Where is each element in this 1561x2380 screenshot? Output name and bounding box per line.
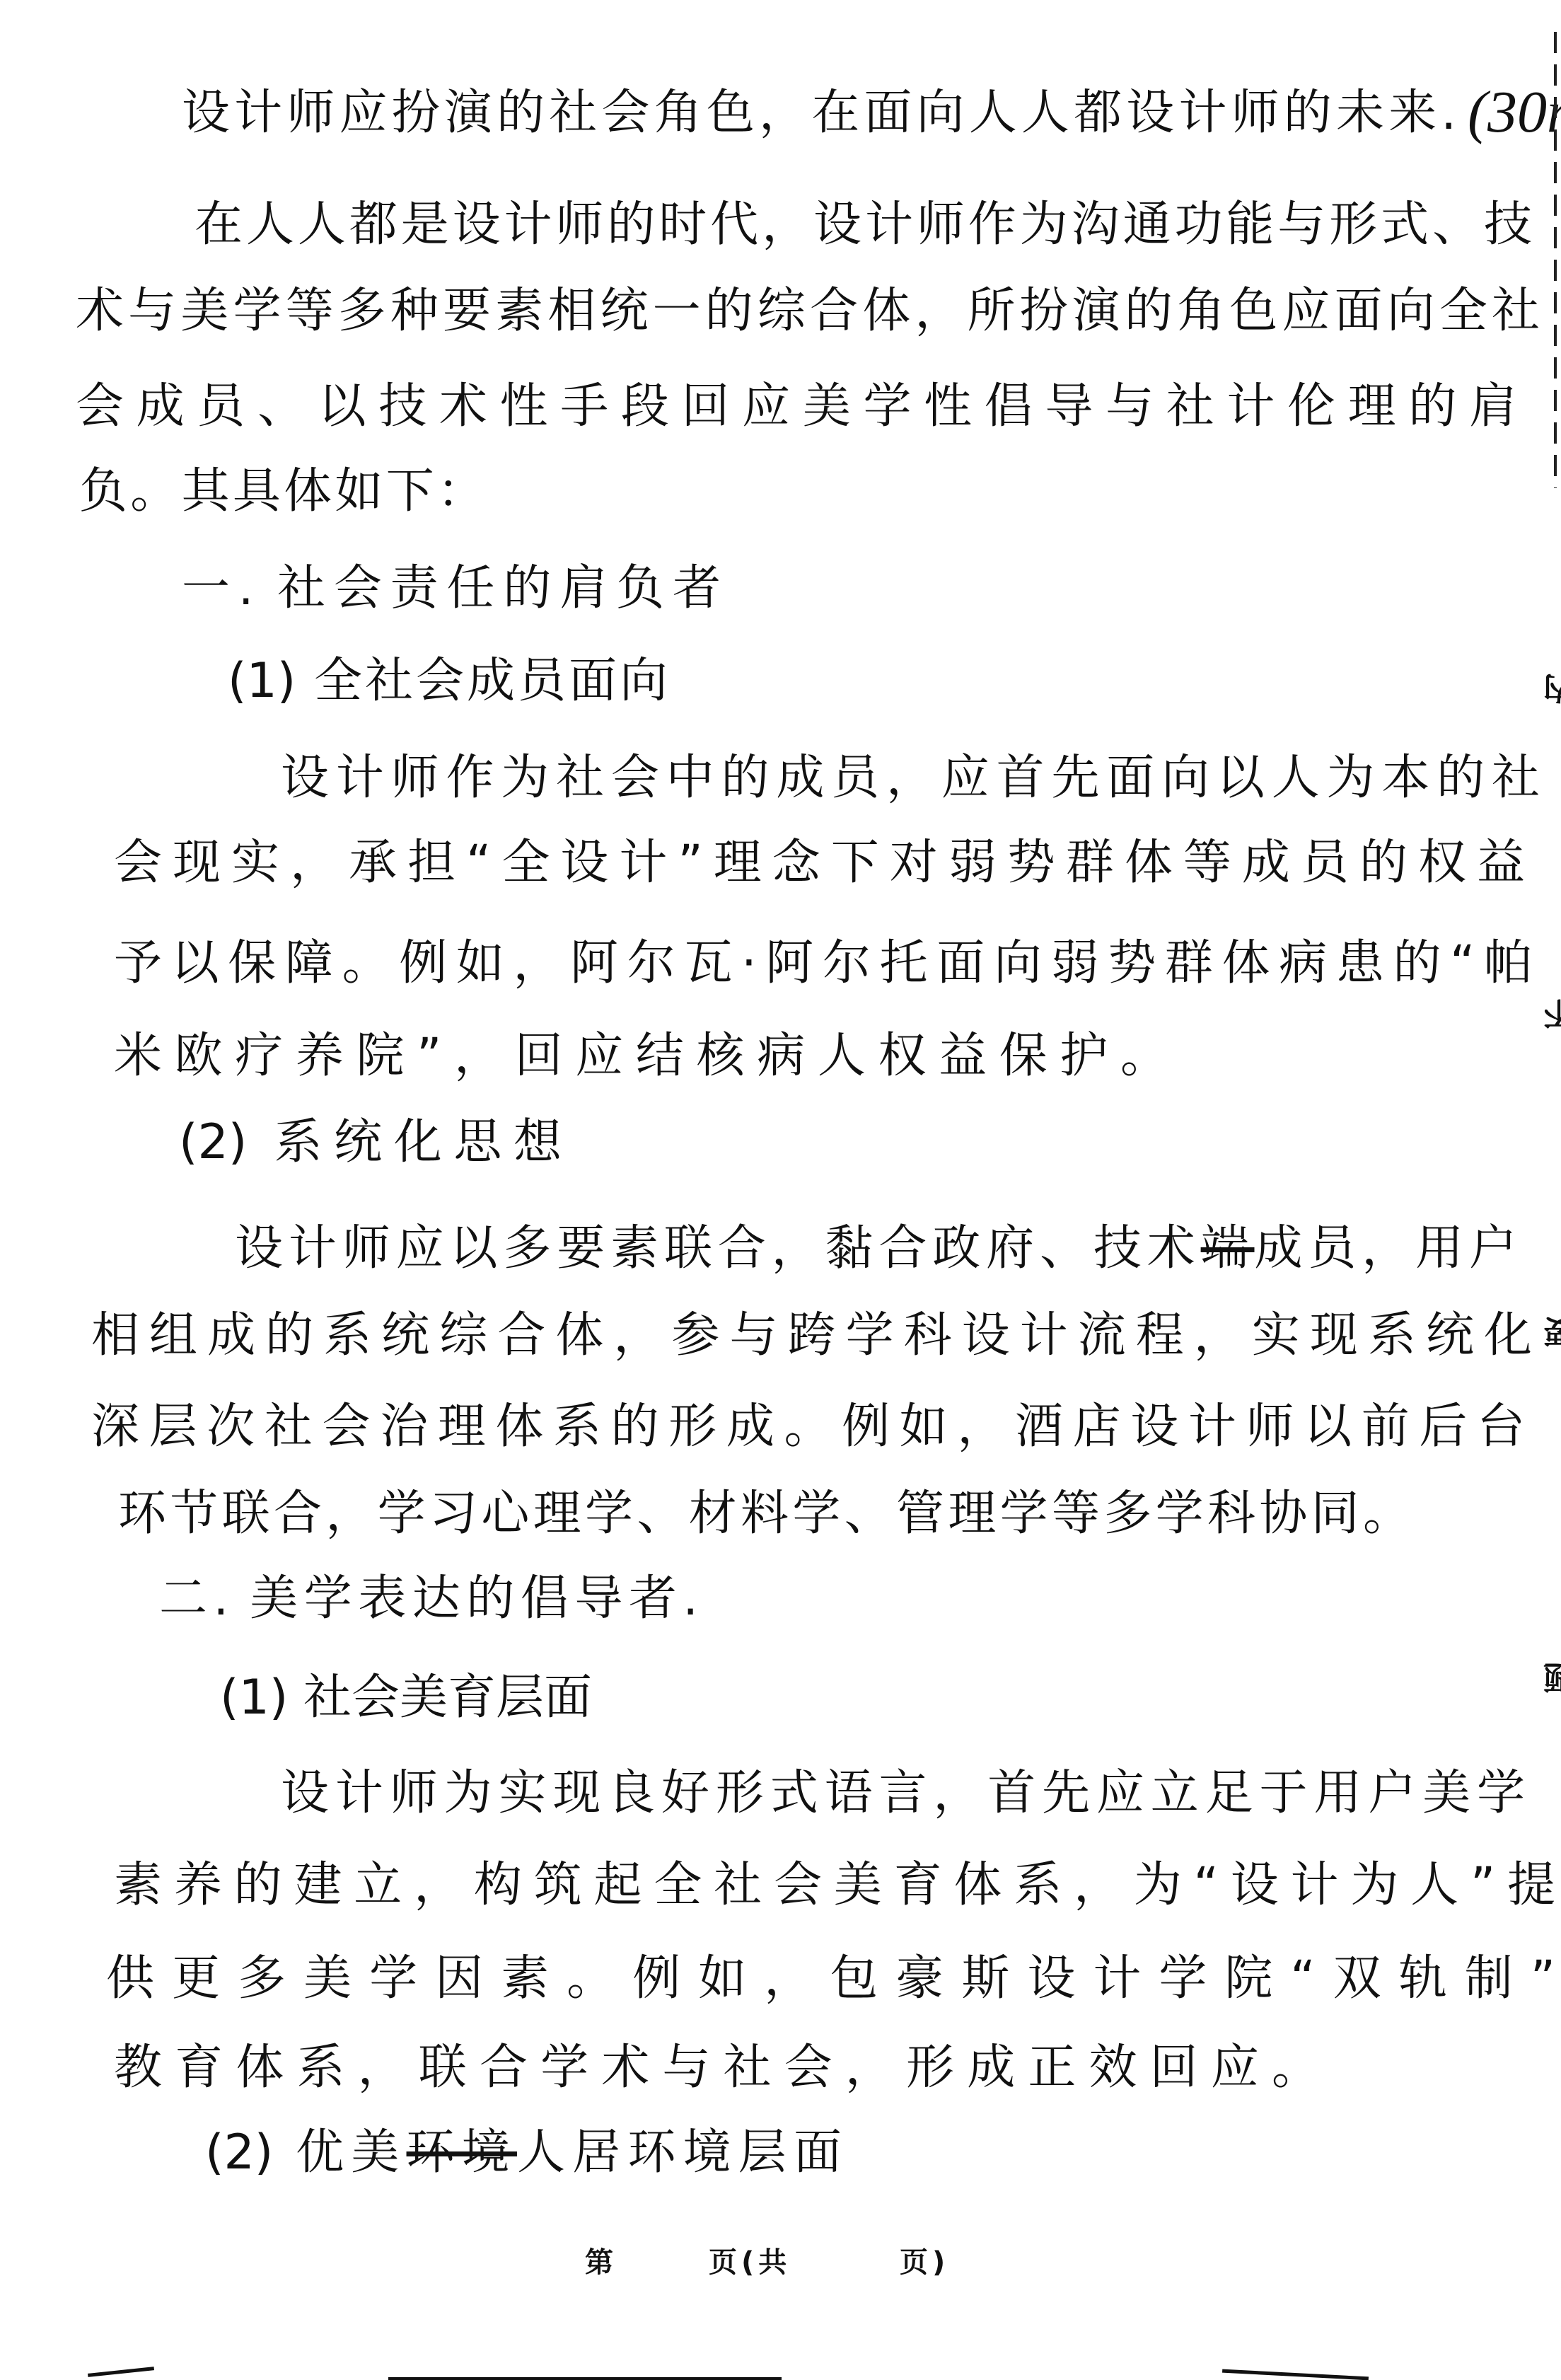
body-line: 设计师应以多要素联合，黏合政府、技术端成员，用户 [235, 1215, 1517, 1283]
intro-line: 术与美学等多种要素相统一的综合体，所扮演的角色应面向全社 [76, 277, 1540, 345]
body-line: 相组成的系统综合体，参与跨学科设计流程，实现系统化 [91, 1302, 1532, 1370]
intro-line: 在人人都是设计师的时代，设计师作为沟通功能与形式、技 [195, 191, 1532, 259]
question-title: 设计师应扮演的社会角色，在面向人人都设计师的未来. [182, 79, 1561, 147]
body-line: 设计师作为社会中的成员，应首先面向以人为本的社 [281, 744, 1540, 812]
body-line: 深层次社会治理体系的形成。例如，酒店设计师以前后台 [91, 1393, 1525, 1461]
subsection-heading-text: 人居环境层面 [517, 2125, 842, 2180]
subsection-heading: (2) 优美环境人居环境层面 [205, 2119, 842, 2187]
body-line: 素养的建立，构筑起全社会美育体系，为“设计为人”提 [114, 1852, 1555, 1919]
section-heading: 一. 社会责任的肩负者 [182, 555, 721, 623]
subsection-heading-text: (2) 优美 [205, 2125, 407, 2180]
body-line: 会现实，承担“全设计”理念下对弱势群体等成员的权益 [114, 829, 1525, 897]
question-title-text: 设计师应扮演的社会角色，在面向人人都设计师的未来. [182, 79, 1456, 147]
footer-page-of-label: 页(共 [709, 2246, 791, 2279]
body-line: 教育体系，联合学术与社会，形成正效回应。 [114, 2034, 1320, 2102]
subsection-heading: (2) 系统化思想 [179, 1109, 562, 1177]
section-heading: 二. 美学表达的倡导者. [159, 1565, 698, 1633]
binding-margin-mark: 不 [1542, 995, 1561, 1029]
body-line-text: 成员，用户 [1255, 1220, 1517, 1276]
intro-line: 负。其具体如下： [79, 458, 485, 526]
binding-dashed-line [1554, 32, 1557, 488]
struck-text: 端 [1201, 1220, 1255, 1276]
binding-margin-mark: 要 [1542, 1313, 1561, 1347]
footer-page-label: 第 [585, 2246, 617, 2279]
body-line: 供更多美学因素。例如，包豪斯设计学院“双轨制” [106, 1945, 1555, 2013]
time-note: (30m [1468, 74, 1561, 151]
body-line: 环节联合，学习心理学、材料学、管理学等多学科协同。 [118, 1480, 1411, 1548]
struck-text: 环境 [407, 2125, 517, 2180]
body-line: 予以保障。例如，阿尔瓦·阿尔托面向弱势群体病患的“帕 [114, 930, 1532, 998]
subsection-heading: (1) 社会美育层面 [220, 1664, 592, 1732]
footer-total-label: 页) [900, 2246, 949, 2279]
bottom-scan-mark [1222, 2369, 1369, 2380]
subsection-heading: (1) 全社会成员面向 [228, 647, 668, 715]
body-line-text: 设计师应以多要素联合，黏合政府、技术 [235, 1220, 1201, 1276]
body-line: 米欧疗养院”，回应结核病人权益保护。 [114, 1022, 1168, 1090]
binding-margin-mark: 内 [1542, 670, 1561, 704]
binding-margin-mark: 题 [1542, 1659, 1561, 1693]
bottom-scan-mark [88, 2367, 154, 2377]
intro-line: 会成员、以技术性手段回应美学性倡导与社计伦理的肩 [76, 373, 1517, 441]
body-line: 设计师为实现良好形式语言，首先应立足于用户美学 [281, 1760, 1525, 1827]
bottom-scan-bar [388, 2377, 782, 2380]
